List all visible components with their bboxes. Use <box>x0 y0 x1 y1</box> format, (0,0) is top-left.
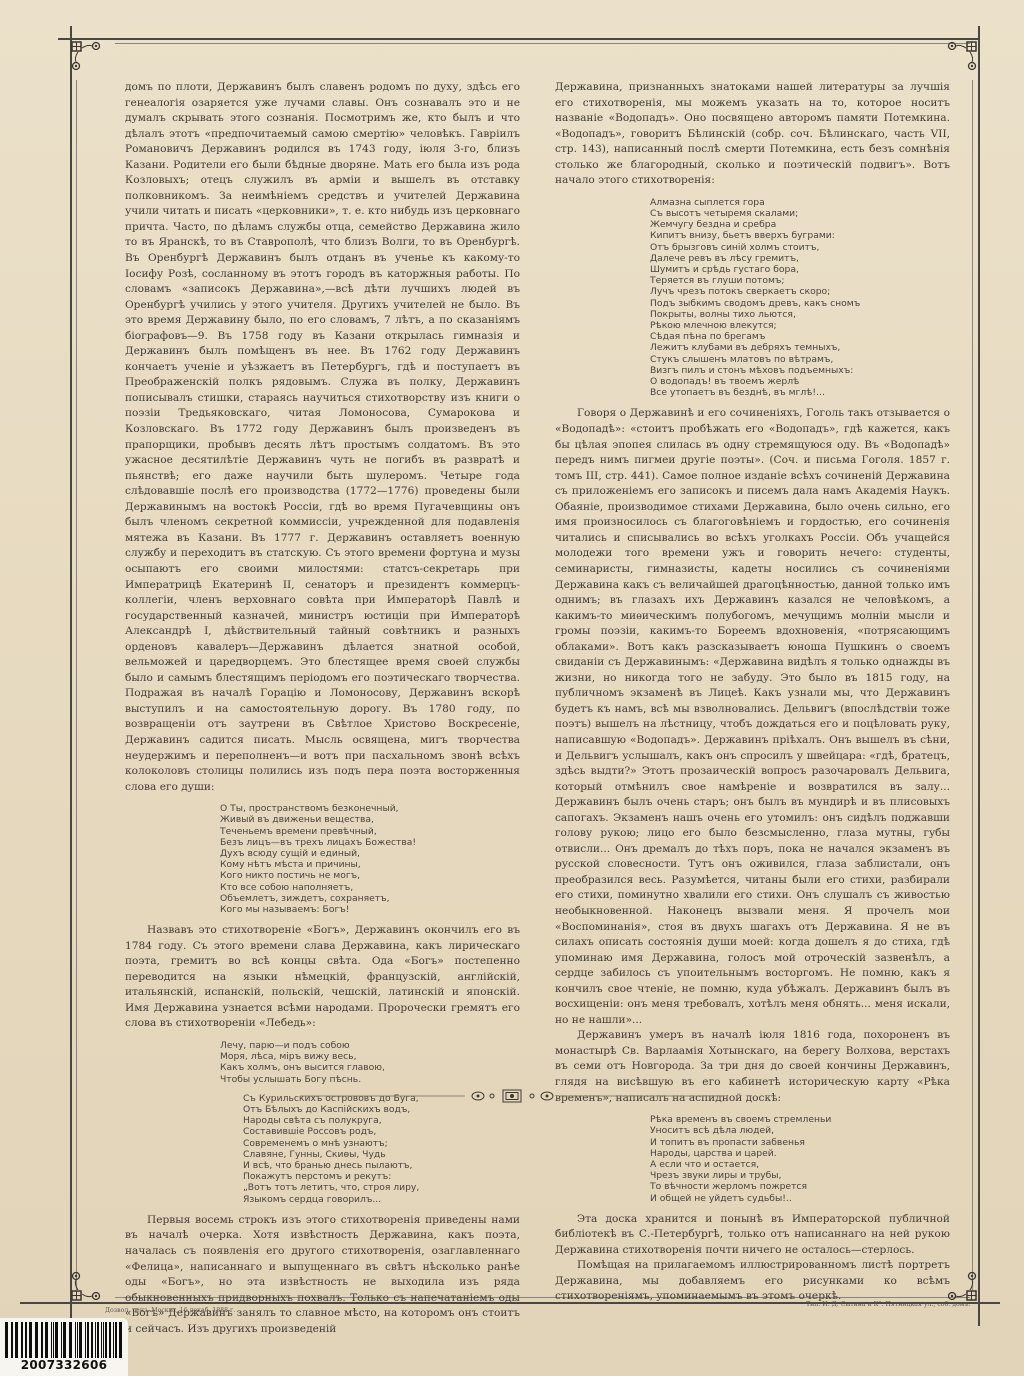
verse-line: Составившіе Россовъ родъ, <box>243 1126 520 1137</box>
verse-line: Стукъ слышенъ млатовъ по вѣтрамъ, <box>650 354 950 365</box>
verse-line: Лечу, парю—и подъ собою <box>220 1040 520 1051</box>
verse-line: Теряется въ глуши потомъ; <box>650 275 950 286</box>
left-border-rule <box>70 26 72 1326</box>
verse-line: Живый въ движеньи вещества, <box>220 814 520 825</box>
verse-line: То вѣчности жерломъ пожрется <box>650 1181 950 1192</box>
verse-line: Лучъ чрезъ потокъ сверкаетъ скоро; <box>650 286 950 297</box>
verse-line: „Вотъ тотъ летитъ, что, строя лиру, <box>243 1182 520 1193</box>
paragraph: Назвавъ это стихотвореніе «Богъ», Держав… <box>125 923 520 1032</box>
left-column: домъ по плоти, Державинъ былъ славенъ ро… <box>125 80 520 1337</box>
verse-line: Народы свѣта съ полукруга, <box>243 1115 520 1126</box>
verse-line: Уноситъ всѣ дѣла людей, <box>650 1125 950 1136</box>
printer-note: Тип. И. Д. Сытина и К°. Пятницкая ул., с… <box>806 1301 970 1308</box>
paragraph: домъ по плоти, Державинъ былъ славенъ ро… <box>125 80 520 795</box>
verse-line: Далече ревъ въ лѣсу гремитъ, <box>650 253 950 264</box>
verse-line: Сѣдая пѣна по брегамъ <box>650 331 950 342</box>
verse-line: Духъ всюду сущій и единый, <box>220 848 520 859</box>
verse-line: Кипитъ внизу, бьетъ вверхъ буграми: <box>650 230 950 241</box>
verse-line: Съ высотъ четыремя скалами; <box>650 208 950 219</box>
verse-line: И топитъ въ пропасти забвенья <box>650 1137 950 1148</box>
verse-line: Современемъ о мнѣ узнаютъ; <box>243 1138 520 1149</box>
verse-line: Жемчугу бездна и сребра <box>650 219 950 230</box>
library-barcode: 2007332606 <box>0 1318 128 1376</box>
verse-line: Славяне, Гунны, Скиѳы, Чудь <box>243 1149 520 1160</box>
corner-ornament-top-right-icon <box>938 40 978 80</box>
verse-line: Рѣка временъ въ своемъ стремленьи <box>650 1114 950 1125</box>
right-column: Державина, признанныхъ знатоками нашей л… <box>555 80 950 1305</box>
right-inner-rule <box>972 80 973 1290</box>
barcode-bars-icon <box>4 1322 124 1358</box>
verse-lebed-2: Съ Курильскихъ острововъ до Буга,Отъ Бѣл… <box>125 1093 520 1205</box>
verse-line: Чрезъ звуки лиры и трубы, <box>650 1170 950 1181</box>
verse-line: Подъ зыбкимъ сводомъ древъ, какъ сномъ <box>650 298 950 309</box>
verse-bog: О Ты, пространствомъ безконечный,Живый в… <box>125 803 520 915</box>
corner-ornament-bottom-left-icon <box>70 1262 110 1302</box>
verse-reka-vremen: Рѣка временъ въ своемъ стремленьиУноситъ… <box>555 1114 950 1204</box>
barcode-number: 2007332606 <box>8 1358 120 1372</box>
verse-line: Алмазна сыплется гора <box>650 197 950 208</box>
verse-line: Кого никто постичь не могъ, <box>220 870 520 881</box>
left-inner-rule <box>76 80 77 1290</box>
verse-line: Чтобы услышать Богу пѣснь. <box>220 1074 520 1085</box>
verse-line: Кто все собою наполняетъ, <box>220 882 520 893</box>
verse-line: Теченьемъ времени превѣчный, <box>220 826 520 837</box>
verse-line: Объемлетъ, зиждетъ, сохраняетъ, <box>220 893 520 904</box>
verse-line: И общей не уйдетъ судьбы!.. <box>650 1193 950 1204</box>
verse-line: Шумитъ и срѣдь густаго бора, <box>650 264 950 275</box>
verse-line: И всѣ, что бранью днесь пылаютъ, <box>243 1160 520 1171</box>
verse-line: Отъ брызговъ синій холмъ стоитъ, <box>650 242 950 253</box>
verse-line: Безъ лицъ—въ трехъ лицахъ Божества! <box>220 837 520 848</box>
verse-line: Языкомъ сердца говорилъ... <box>243 1194 520 1205</box>
verse-line: Покрыты, волны тихо льются, <box>650 309 950 320</box>
verse-line: Лежитъ клубами въ дебряхъ темныхъ, <box>650 342 950 353</box>
corner-ornament-top-left-icon <box>70 40 110 80</box>
verse-line: Народы, царства и царей. <box>650 1148 950 1159</box>
verse-line: Визгъ пилъ и стонъ мѣховъ подъемныхъ: <box>650 365 950 376</box>
verse-line: Все утопаетъ въ безднѣ, въ мглѣ!... <box>650 387 950 398</box>
verse-line: Отъ Бѣлыхъ до Каспійскихъ водъ, <box>243 1104 520 1115</box>
verse-line: Кому нѣтъ мѣста и причины, <box>220 859 520 870</box>
paragraph: Говоря о Державинѣ и его сочиненіяхъ, Го… <box>555 406 950 1028</box>
verse-line: Моря, лѣса, міръ вижу весь, <box>220 1051 520 1062</box>
paragraph: Первыя восемь строкъ изъ этого стихотвор… <box>125 1213 520 1337</box>
verse-lebed-1: Лечу, парю—и подъ собоюМоря, лѣса, міръ … <box>125 1040 520 1085</box>
paragraph: Державина, признанныхъ знатоками нашей л… <box>555 80 950 189</box>
divider-ornament-icon <box>300 1088 725 1102</box>
censor-note: Дозвол. ценз. Москва, 16 декаб. 1888 г. <box>105 1307 235 1314</box>
verse-line: А если что и остается, <box>650 1159 950 1170</box>
verse-line: О водопадъ! въ твоемъ жерлѣ <box>650 376 950 387</box>
verse-line: Кого мы называемъ: Богъ! <box>220 904 520 915</box>
top-border-rule <box>58 38 978 40</box>
verse-line: Какъ холмъ, онъ высится главою, <box>220 1062 520 1073</box>
right-border-rule <box>978 26 980 1326</box>
verse-line: Рѣкою млечною влекутся; <box>650 320 950 331</box>
paragraph: Помѣщая на прилагаемомъ иллюстрированном… <box>555 1258 950 1305</box>
paragraph: Эта доска хранится и понынѣ въ Император… <box>555 1212 950 1259</box>
verse-line: О Ты, пространствомъ безконечный, <box>220 803 520 814</box>
verse-vodopad: Алмазна сыплется гораСъ высотъ четыремя … <box>555 197 950 399</box>
top-inner-rule <box>115 43 970 44</box>
verse-line: Покажутъ перстомъ и рекутъ: <box>243 1171 520 1182</box>
